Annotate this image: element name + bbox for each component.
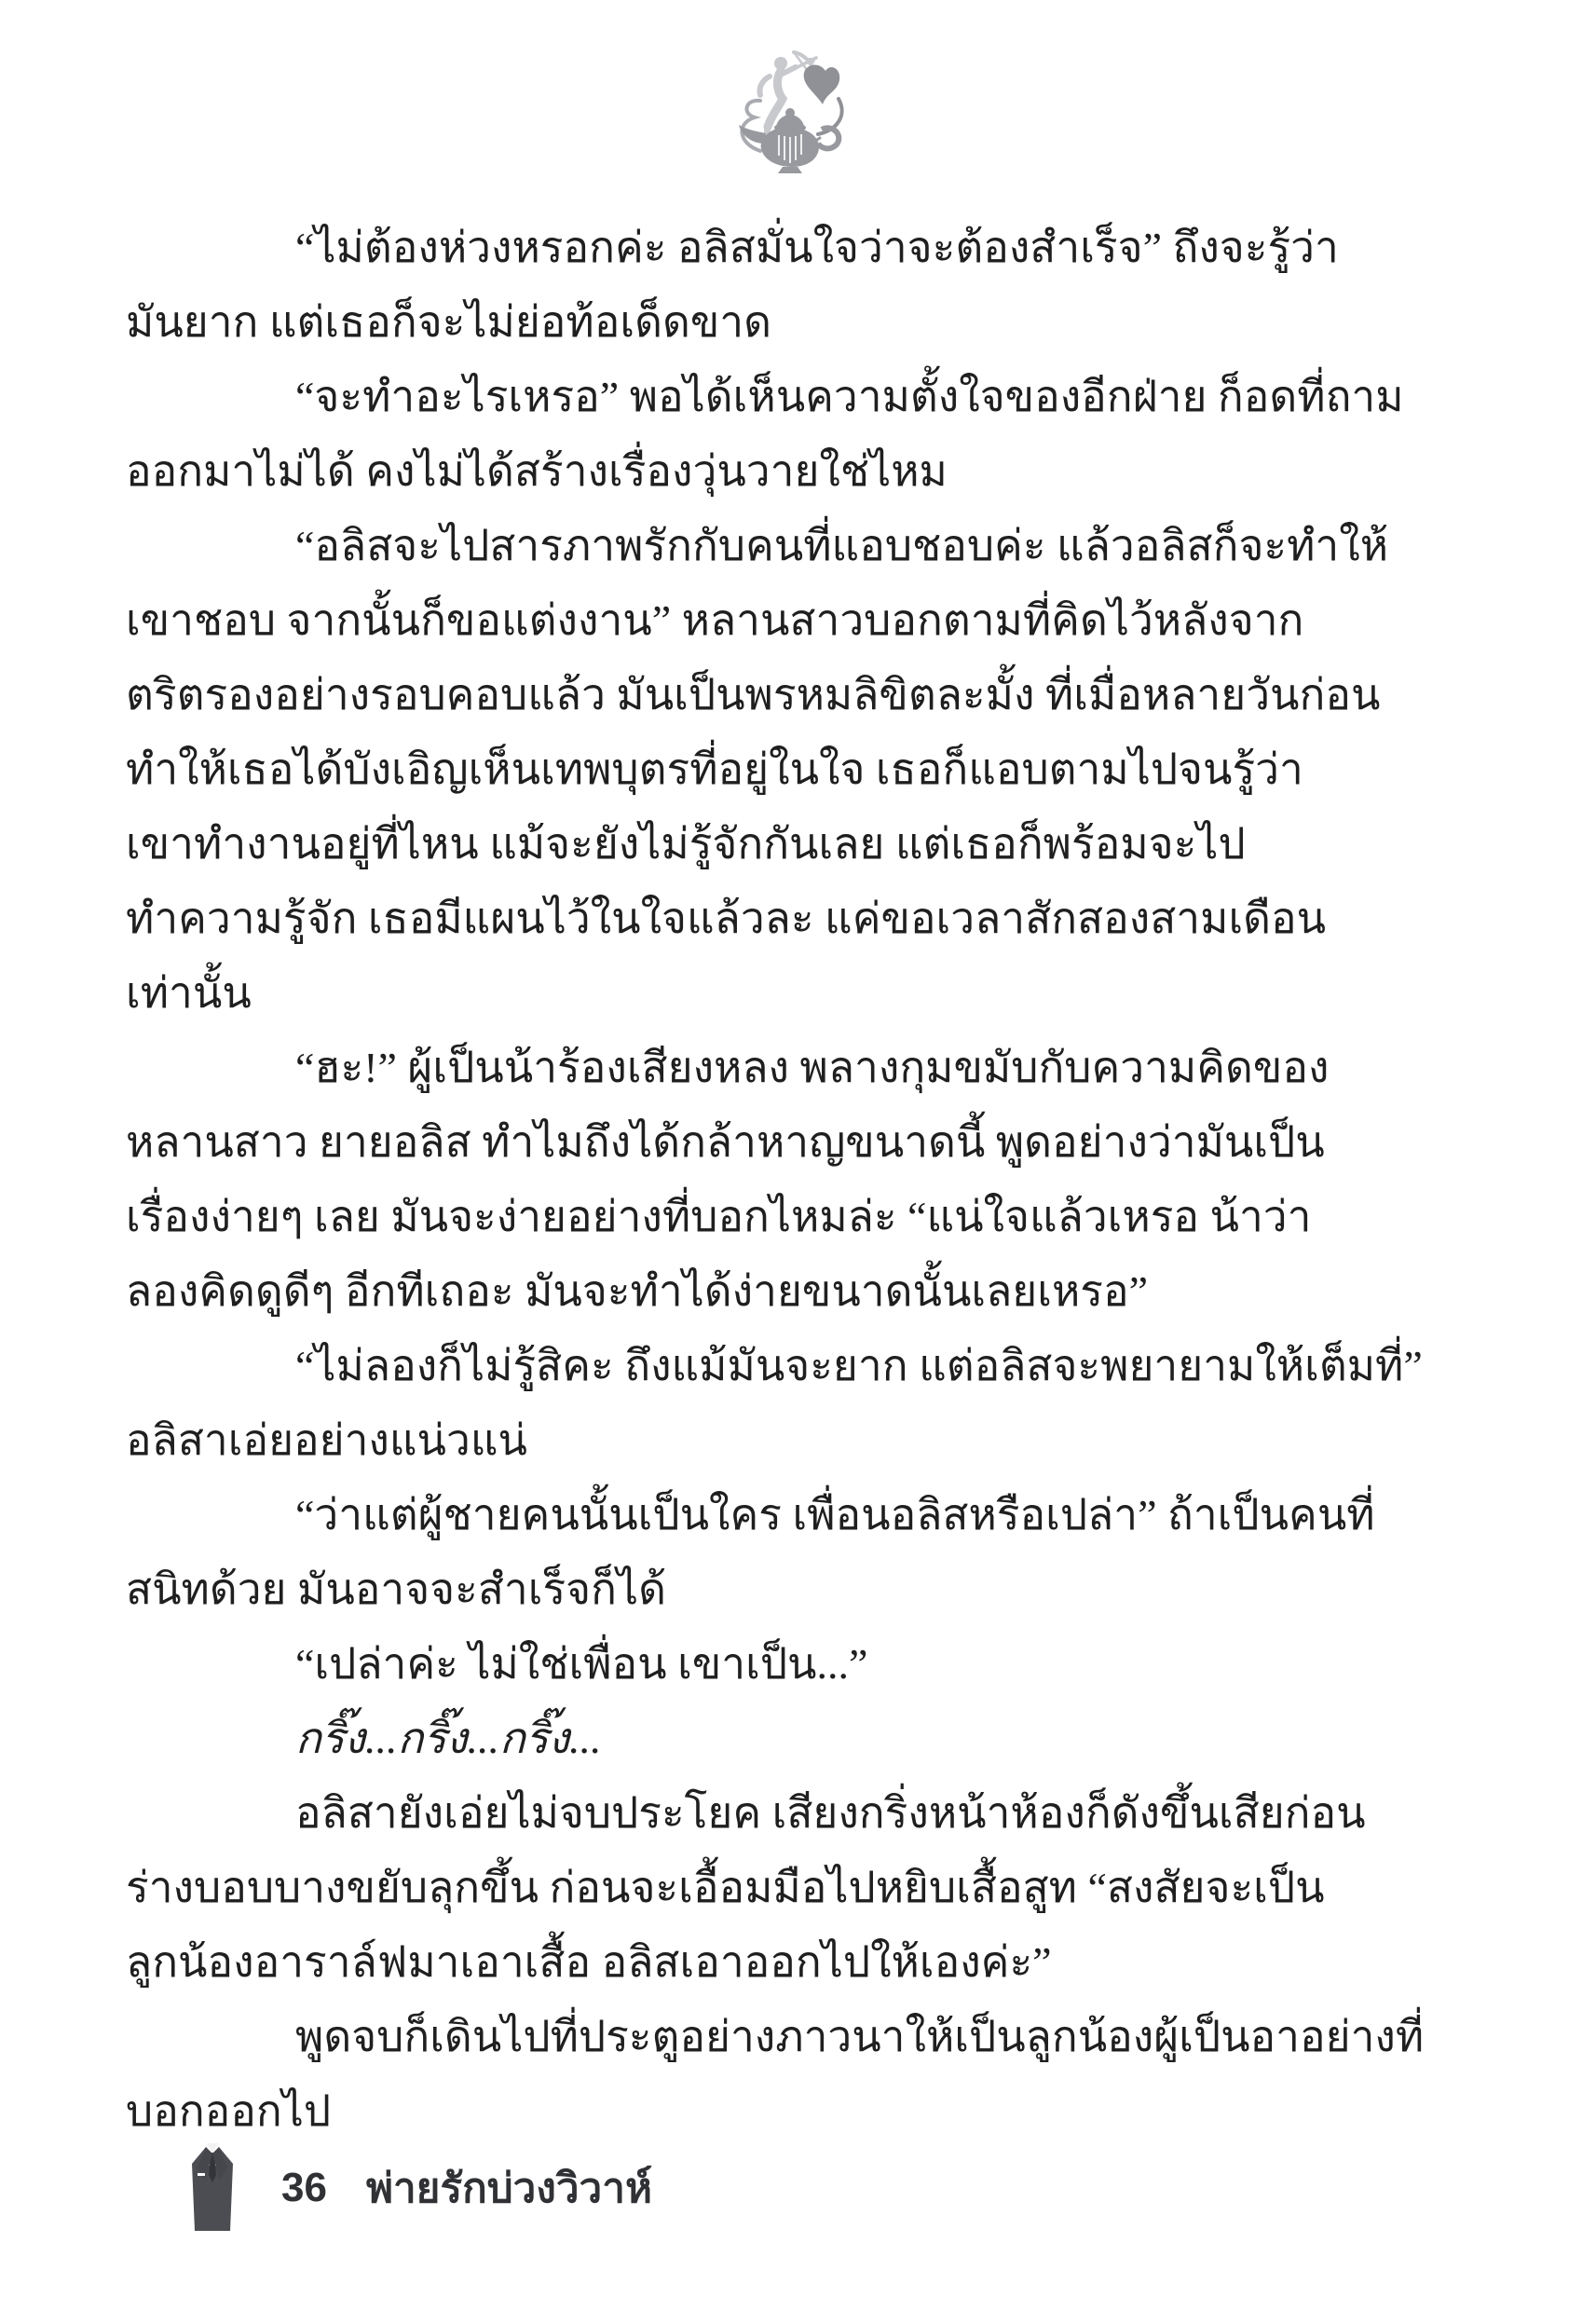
text-line: ลูกน้องอาราล์ฟมาเอาเสื้อ อลิสเอาออกไปให้… bbox=[126, 1925, 1472, 2000]
suit-icon bbox=[184, 2140, 240, 2236]
text-line: อลิสายังเอ่ยไม่จบประโยค เสียงกริ่งหน้าห้… bbox=[126, 1776, 1472, 1851]
text-line: “อลิสจะไปสารภาพรักกับคนที่แอบชอบค่ะ แล้ว… bbox=[126, 509, 1472, 583]
text-line: มันยาก แต่เธอก็จะไม่ย่อท้อเด็ดขาด bbox=[126, 285, 1472, 360]
page-footer: 36 พ่ายรักบ่วงวิวาห์ bbox=[184, 2140, 652, 2236]
body-text: “ไม่ต้องห่วงหรอกค่ะ อลิสมั่นใจว่าจะต้องส… bbox=[126, 211, 1472, 2149]
text-line: “จะทำอะไรเหรอ” พอได้เห็นความตั้งใจของอีก… bbox=[126, 360, 1472, 434]
text-line: เท่านั้น bbox=[126, 956, 1472, 1031]
text-line: “เปล่าค่ะ ไม่ใช่เพื่อน เขาเป็น...” bbox=[126, 1627, 1472, 1702]
page-number: 36 bbox=[281, 2165, 327, 2211]
text-line: บอกออกไป bbox=[126, 2074, 1472, 2149]
cupid-lamp-ornament bbox=[729, 39, 868, 174]
text-line: ทำให้เธอได้บังเอิญเห็นเทพบุตรที่อยู่ในใจ… bbox=[126, 732, 1472, 807]
text-line: กริ๊ง...กริ๊ง...กริ๊ง... bbox=[126, 1702, 1472, 1776]
text-line: พูดจบก็เดินไปที่ประตูอย่างภาวนาให้เป็นลู… bbox=[126, 2000, 1472, 2074]
text-line: “ฮะ!” ผู้เป็นน้าร้องเสียงหลง พลางกุมขมับ… bbox=[126, 1031, 1472, 1105]
text-line: “ไม่ลองก็ไม่รู้สิคะ ถึงแม้มันจะยาก แต่อล… bbox=[126, 1329, 1472, 1403]
book-page: “ไม่ต้องห่วงหรอกค่ะ อลิสมั่นใจว่าจะต้องส… bbox=[0, 0, 1596, 2311]
text-line: “ว่าแต่ผู้ชายคนนั้นเป็นใคร เพื่อนอลิสหรื… bbox=[126, 1478, 1472, 1552]
text-line: อลิสาเอ่ยอย่างแน่วแน่ bbox=[126, 1403, 1472, 1478]
text-line: สนิทด้วย มันอาจจะสำเร็จก็ได้ bbox=[126, 1552, 1472, 1627]
book-title: พ่ายรักบ่วงวิวาห์ bbox=[366, 2155, 652, 2221]
text-line: ออกมาไม่ได้ คงไม่ได้สร้างเรื่องวุ่นวายใช… bbox=[126, 434, 1472, 509]
text-line: ตริตรองอย่างรอบคอบแล้ว มันเป็นพรหมลิขิตล… bbox=[126, 658, 1472, 732]
text-line: เรื่องง่ายๆ เลย มันจะง่ายอย่างที่บอกไหมล… bbox=[126, 1180, 1472, 1254]
text-line: หลานสาว ยายอลิส ทำไมถึงได้กล้าหาญขนาดนี้… bbox=[126, 1105, 1472, 1180]
suit-icon-svg bbox=[184, 2140, 240, 2236]
text-line: “ไม่ต้องห่วงหรอกค่ะ อลิสมั่นใจว่าจะต้องส… bbox=[126, 211, 1472, 285]
text-line: เขาชอบ จากนั้นก็ขอแต่งงาน” หลานสาวบอกตาม… bbox=[126, 583, 1472, 658]
text-line: ร่างบอบบางขยับลุกขึ้น ก่อนจะเอื้อมมือไปห… bbox=[126, 1851, 1472, 1925]
text-line: เขาทำงานอยู่ที่ไหน แม้จะยังไม่รู้จักกันเ… bbox=[126, 807, 1472, 882]
cupid-lamp-ornament-svg bbox=[729, 39, 868, 174]
text-line: ลองคิดดูดีๆ อีกทีเถอะ มันจะทำได้ง่ายขนาด… bbox=[126, 1254, 1472, 1329]
text-line: ทำความรู้จัก เธอมีแผนไว้ในใจแล้วละ แค่ขอ… bbox=[126, 882, 1472, 956]
